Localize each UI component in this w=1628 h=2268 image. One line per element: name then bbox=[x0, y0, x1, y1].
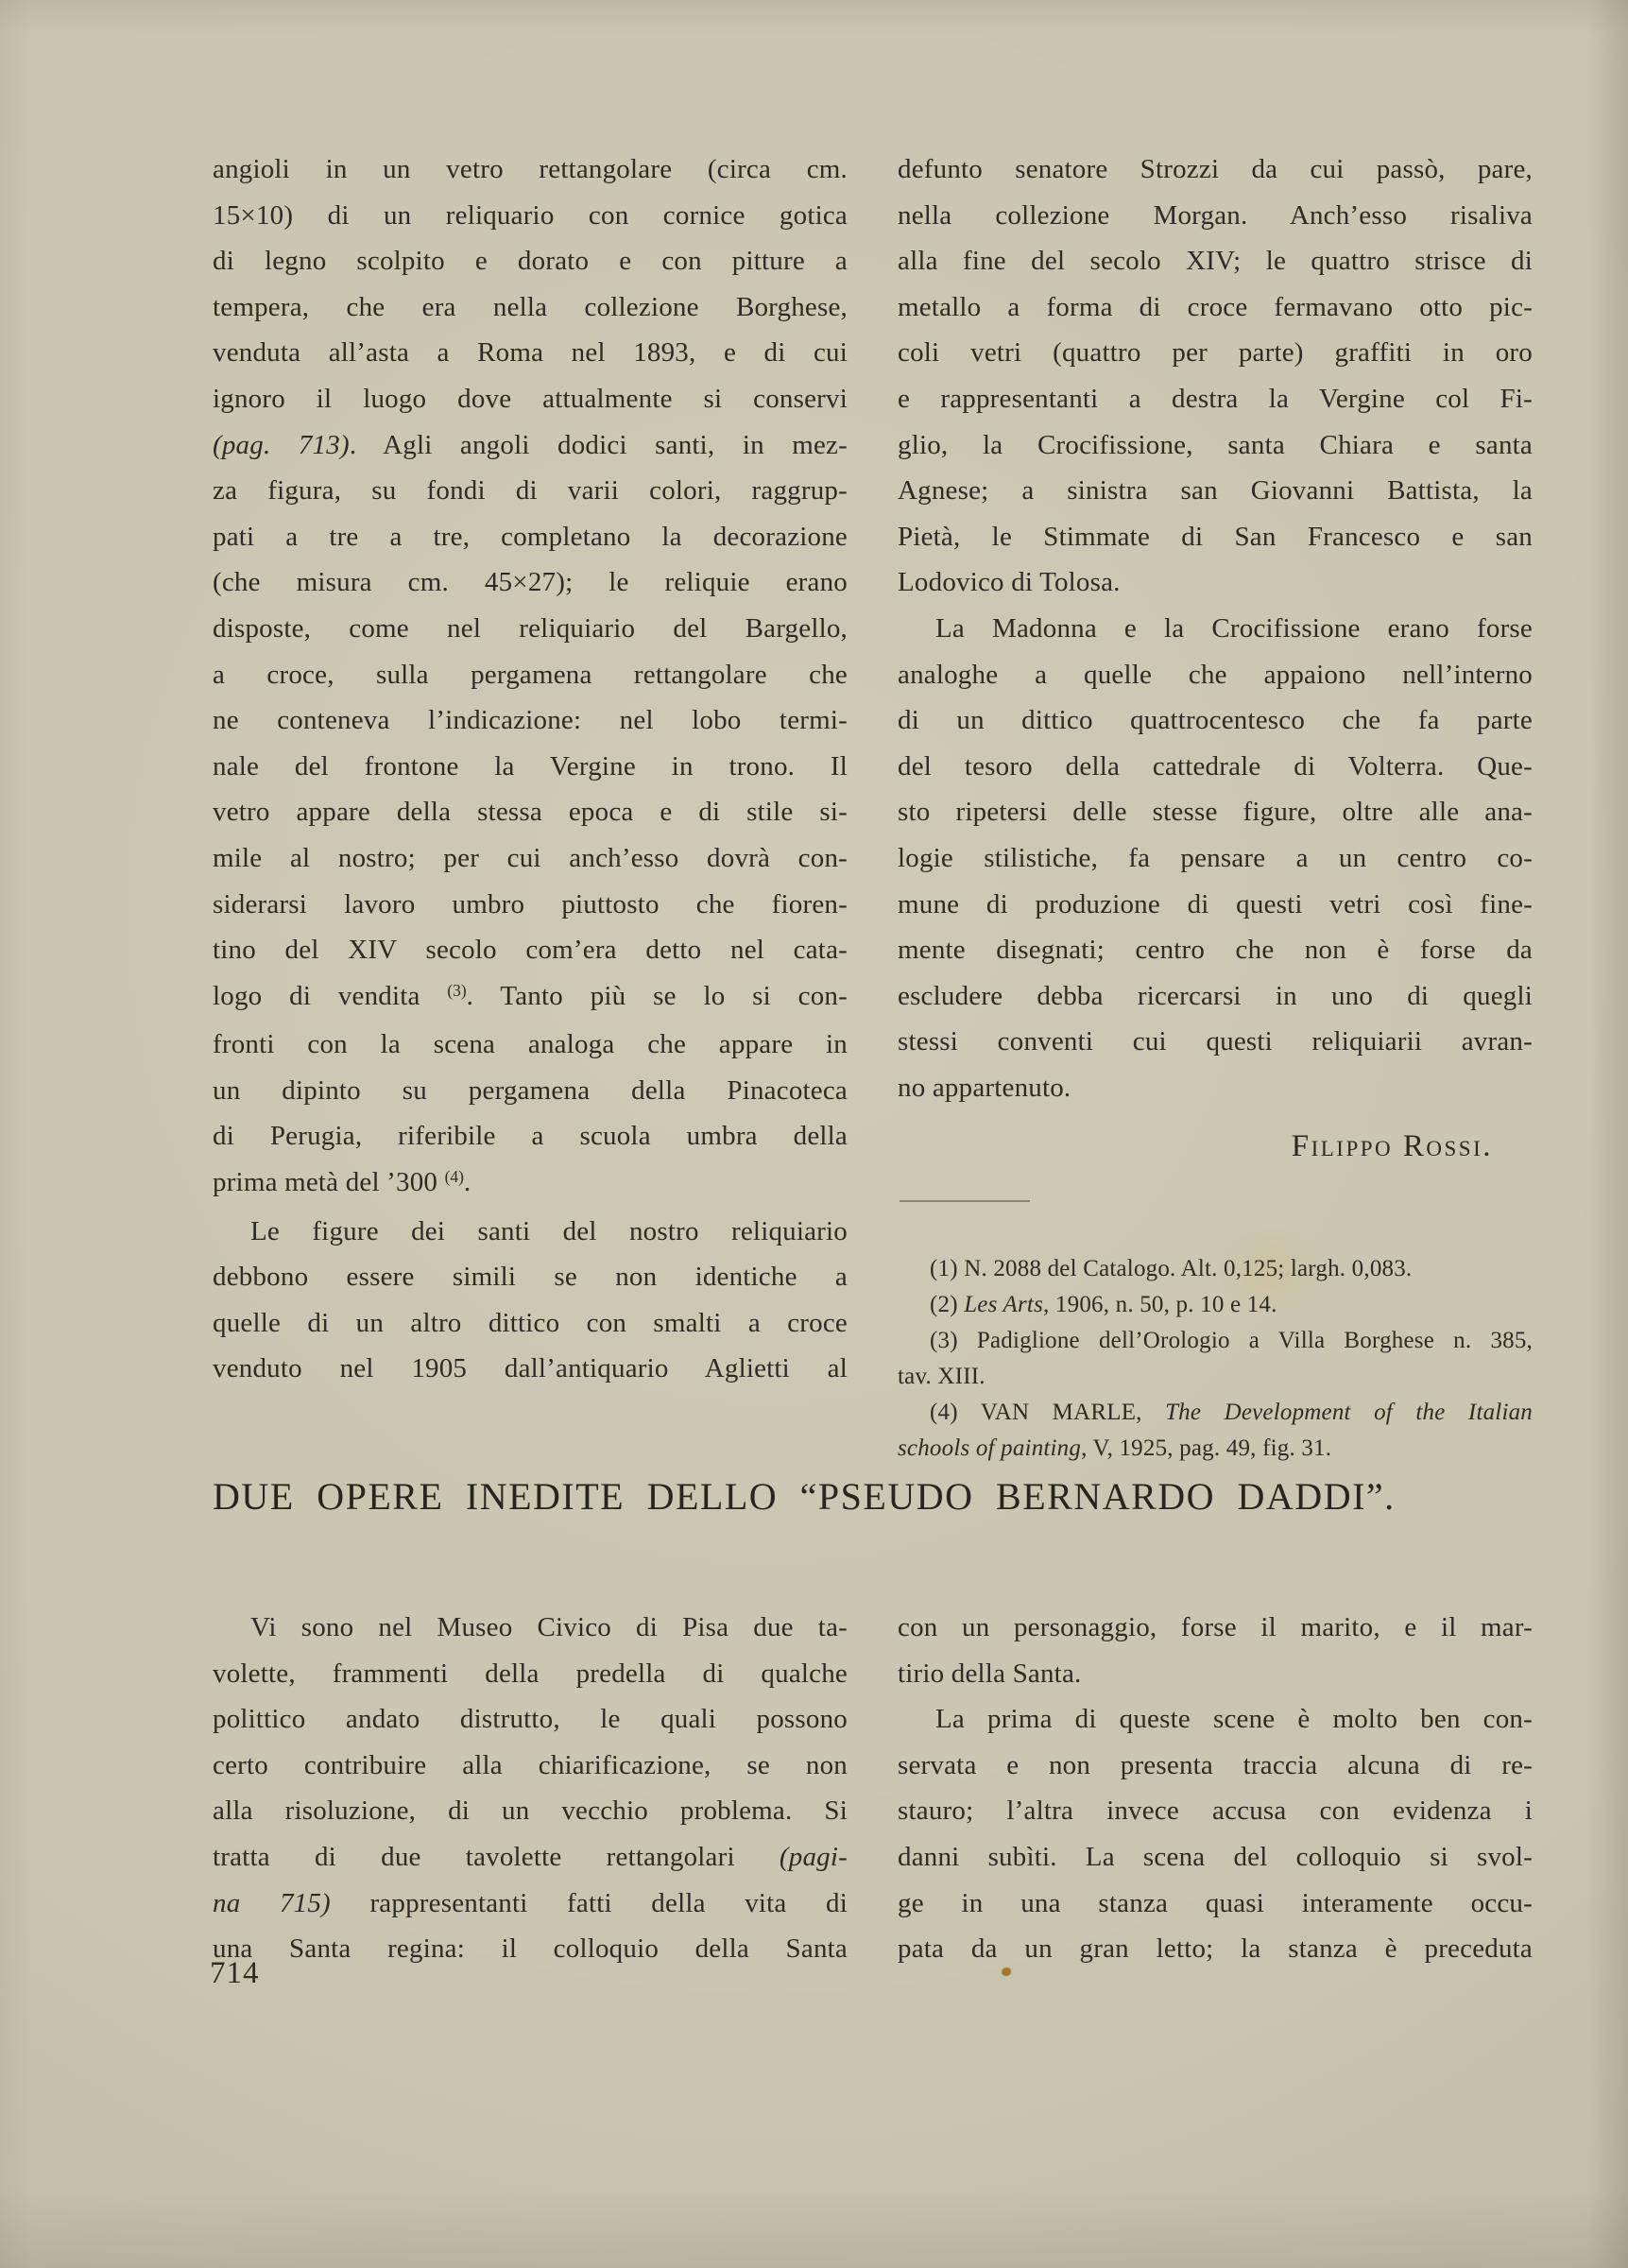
text-line: un dipinto su pergamena della Pinacoteca bbox=[213, 1068, 848, 1114]
text-line: escludere debba ricercarsi in uno di que… bbox=[898, 973, 1533, 1020]
article1-right-column-lines: defunto senatore Strozzi da cui passò, p… bbox=[898, 146, 1533, 1110]
page-number: 714 bbox=[210, 1956, 260, 1991]
text-line: tirio della Santa. bbox=[898, 1651, 1533, 1697]
text-line: 15×10) di un reliquario con cornice goti… bbox=[213, 193, 848, 239]
text-line: logo di vendita (3). Tanto più se lo si … bbox=[213, 973, 848, 1022]
text-line: con un personaggio, forse il marito, e i… bbox=[898, 1605, 1533, 1651]
footnote-line: schools of painting, V, 1925, pag. 49, f… bbox=[898, 1431, 1533, 1467]
footnote-line: tav. XIII. bbox=[898, 1359, 1533, 1395]
text-line: no appartenuto. bbox=[898, 1065, 1533, 1111]
text-line: Lodovico di Tolosa. bbox=[898, 559, 1533, 606]
text-line: di legno scolpito e dorato e con pitture… bbox=[213, 238, 848, 284]
text-line: nale del frontone la Vergine in trono. I… bbox=[213, 744, 848, 790]
author-signature: Filippo Rossi. bbox=[898, 1124, 1533, 1170]
text-line: tratta di due tavolette rettangolari (pa… bbox=[213, 1834, 848, 1881]
text-line: ignoro il luogo dove attualmente si cons… bbox=[213, 376, 848, 422]
footnote-line: (2) Les Arts, 1906, n. 50, p. 10 e 14. bbox=[898, 1287, 1533, 1323]
text-line: stauro; l’altra invece accusa con eviden… bbox=[898, 1788, 1533, 1834]
text-line: una Santa regina: il colloquio della San… bbox=[213, 1926, 848, 1972]
footnotes-block: (1) N. 2088 del Catalogo. Alt. 0,125; la… bbox=[898, 1251, 1533, 1467]
text-line: Pietà, le Stimmate di San Francesco e sa… bbox=[898, 514, 1533, 560]
text-line: nella collezione Morgan. Anch’esso risal… bbox=[898, 193, 1533, 239]
text-line: tempera, che era nella collezione Borghe… bbox=[213, 284, 848, 331]
footnote-line: (4) VAN MARLE, The Development of the It… bbox=[898, 1395, 1533, 1431]
text-line: Vi sono nel Museo Civico di Pisa due ta- bbox=[213, 1605, 848, 1651]
text-line: (che misura cm. 45×27); le reliquie eran… bbox=[213, 559, 848, 606]
text-line: logie stilistiche, fa pensare a un centr… bbox=[898, 835, 1533, 882]
text-line: ne conteneva l’indicazione: nel lobo ter… bbox=[213, 697, 848, 744]
text-line: analoghe a quelle che appaiono nell’inte… bbox=[898, 652, 1533, 698]
text-line: Agnese; a sinistra san Giovanni Battista… bbox=[898, 468, 1533, 514]
text-line: di un dittico quattrocentesco che fa par… bbox=[898, 697, 1533, 744]
text-line: sto ripetersi delle stesse figure, oltre… bbox=[898, 789, 1533, 835]
text-line: alla risoluzione, di un vecchio problema… bbox=[213, 1788, 848, 1834]
article2-left-column: Vi sono nel Museo Civico di Pisa due ta-… bbox=[213, 1605, 848, 1972]
text-line: venduta all’asta a Roma nel 1893, e di c… bbox=[213, 330, 848, 376]
text-line: pata da un gran letto; la stanza è prece… bbox=[898, 1926, 1533, 1972]
text-line: stessi conventi cui questi reliquiarii a… bbox=[898, 1019, 1533, 1065]
text-line: metallo a forma di croce fermavano otto … bbox=[898, 284, 1533, 331]
text-line: tino del XIV secolo com’era detto nel ca… bbox=[213, 927, 848, 973]
text-line: debbono essere simili se non identiche a bbox=[213, 1254, 848, 1300]
footnote-line: (3) Padiglione dell’Orologio a Villa Bor… bbox=[898, 1323, 1533, 1359]
footnote-line: (1) N. 2088 del Catalogo. Alt. 0,125; la… bbox=[898, 1251, 1533, 1287]
text-line: danni subìti. La scena del colloquio si … bbox=[898, 1834, 1533, 1881]
text-line: mune di produzione di questi vetri così … bbox=[898, 882, 1533, 928]
text-line: defunto senatore Strozzi da cui passò, p… bbox=[898, 146, 1533, 193]
text-line: siderarsi lavoro umbro piuttosto che fio… bbox=[213, 882, 848, 928]
text-line: coli vetri (quattro per parte) graffiti … bbox=[898, 330, 1533, 376]
text-line: na 715) rappresentanti fatti della vita … bbox=[213, 1881, 848, 1927]
ink-speck bbox=[1002, 1967, 1011, 1976]
text-line: glio, la Crocifissione, santa Chiara e s… bbox=[898, 422, 1533, 469]
text-line: Le figure dei santi del nostro reliquiar… bbox=[213, 1209, 848, 1255]
text-line: alla fine del secolo XIV; le quattro str… bbox=[898, 238, 1533, 284]
text-line: e rappresentanti a destra la Vergine col… bbox=[898, 376, 1533, 422]
text-line: fronti con la scena analoga che appare i… bbox=[213, 1022, 848, 1068]
text-line: disposte, come nel reliquiario del Barge… bbox=[213, 606, 848, 652]
text-line: pati a tre a tre, completano la decorazi… bbox=[213, 514, 848, 560]
text-line: vetro appare della stessa epoca e di sti… bbox=[213, 789, 848, 835]
article1-right-column: defunto senatore Strozzi da cui passò, p… bbox=[898, 146, 1533, 1467]
text-line: angioli in un vetro rettangolare (circa … bbox=[213, 146, 848, 193]
page-scan: angioli in un vetro rettangolare (circa … bbox=[0, 0, 1628, 2268]
article2-right-column: con un personaggio, forse il marito, e i… bbox=[898, 1605, 1533, 1972]
text-line: di Perugia, riferibile a scuola umbra de… bbox=[213, 1113, 848, 1160]
text-line: volette, frammenti della predella di qua… bbox=[213, 1651, 848, 1697]
section-heading: DUE OPERE INEDITE DELLO “PSEUDO BERNARDO… bbox=[213, 1474, 1592, 1519]
text-line: certo contribuire alla chiarificazione, … bbox=[213, 1743, 848, 1789]
text-line: (pag. 713). Agli angoli dodici santi, in… bbox=[213, 422, 848, 469]
text-line: mente disegnati; centro che non è forse … bbox=[898, 927, 1533, 973]
text-line: a croce, sulla pergamena rettangolare ch… bbox=[213, 652, 848, 698]
text-line: mile al nostro; per cui anch’esso dovrà … bbox=[213, 835, 848, 882]
text-line: del tesoro della cattedrale di Volterra.… bbox=[898, 744, 1533, 790]
text-line: La prima di queste scene è molto ben con… bbox=[898, 1696, 1533, 1743]
text-line: polittico andato distrutto, le quali pos… bbox=[213, 1696, 848, 1743]
footnote-divider bbox=[900, 1200, 1030, 1202]
text-line: prima metà del ’300 (4). bbox=[213, 1160, 848, 1209]
text-line: quelle di un altro dittico con smalti a … bbox=[213, 1300, 848, 1347]
article1-left-column: angioli in un vetro rettangolare (circa … bbox=[213, 146, 848, 1392]
text-line: ge in una stanza quasi interamente occu- bbox=[898, 1881, 1533, 1927]
text-line: servata e non presenta traccia alcuna di… bbox=[898, 1743, 1533, 1789]
text-line: La Madonna e la Crocifissione erano fors… bbox=[898, 606, 1533, 652]
text-line: venduto nel 1905 dall’antiquario Agliett… bbox=[213, 1346, 848, 1392]
text-line: za figura, su fondi di varii colori, rag… bbox=[213, 468, 848, 514]
